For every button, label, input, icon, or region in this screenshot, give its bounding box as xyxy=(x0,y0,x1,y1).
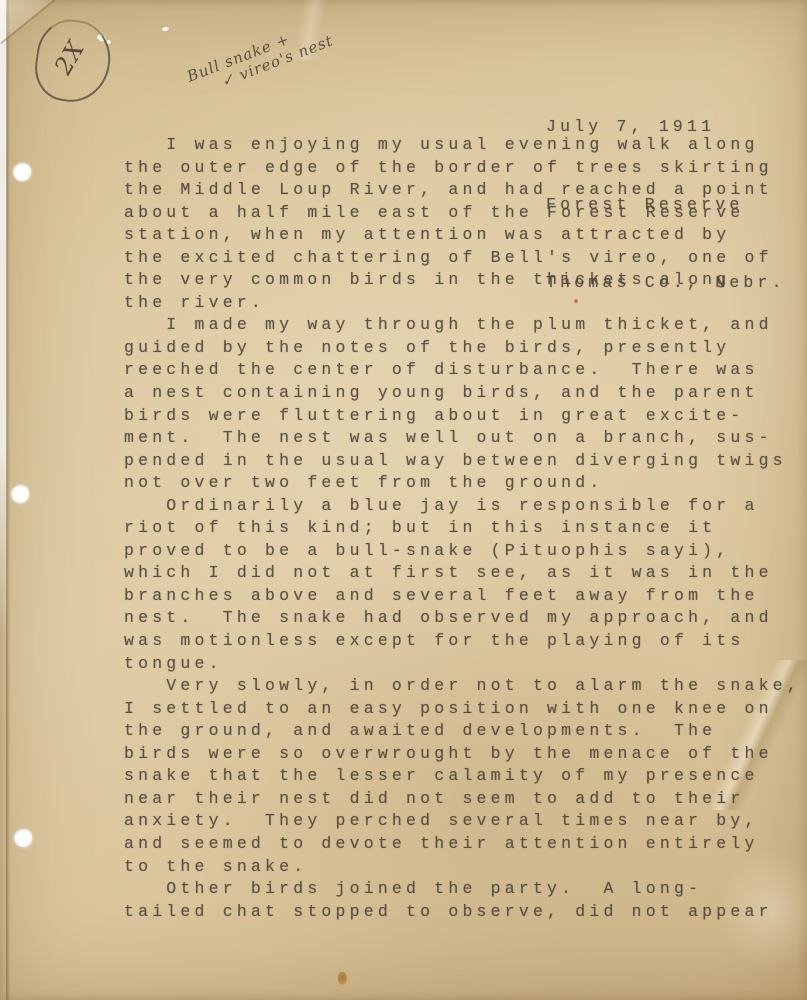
paper-left-edge xyxy=(6,0,10,1000)
punch-hole xyxy=(13,828,32,847)
letter-body: I was enjoying my usual evening walk alo… xyxy=(124,134,804,923)
typewritten-line: Ordinarily a blue jay is responsible for… xyxy=(124,495,804,518)
paper-damage-speck xyxy=(162,26,170,32)
typewritten-line: near their nest did not seem to add to t… xyxy=(124,788,804,811)
circled-mark-text: 2X xyxy=(49,36,90,80)
typewritten-line: nest. The snake had observed my approach… xyxy=(124,607,804,630)
typewritten-line: Other birds joined the party. A long- xyxy=(124,878,804,901)
typewritten-line: tongue. xyxy=(124,653,804,676)
typewritten-line: I was enjoying my usual evening walk alo… xyxy=(124,134,804,157)
typewritten-line: snake that the lesser calamity of my pre… xyxy=(124,765,804,788)
typewritten-line: the river. xyxy=(124,292,804,315)
typewritten-line: anxiety. They perched several times near… xyxy=(124,810,804,833)
typewritten-line: tailed chat stopped to observe, did not … xyxy=(124,901,804,924)
typewritten-line: riot of this kind; but in this instance … xyxy=(124,517,804,540)
typewritten-line: not over two feet from the ground. xyxy=(124,472,804,495)
typewritten-line: birds were so overwrought by the menace … xyxy=(124,743,804,766)
typewritten-line: the ground, and awaited developments. Th… xyxy=(124,720,804,743)
typewritten-line: ment. The nest was well out on a branch,… xyxy=(124,427,804,450)
typewritten-line: I made my way through the plum thicket, … xyxy=(124,314,804,337)
typewritten-line: the very common birds in the thickets al… xyxy=(124,269,804,292)
typewritten-line: the outer edge of the border of trees sk… xyxy=(124,157,804,180)
typewritten-line: a nest containing young birds, and the p… xyxy=(124,382,804,405)
typewritten-line: station, when my attention was attracted… xyxy=(124,224,804,247)
typewritten-line: the excited chattering of Bell's vireo, … xyxy=(124,247,804,270)
typewritten-line: reeched the center of disturbance. There… xyxy=(124,359,804,382)
typewritten-line: pended in the usual way between divergin… xyxy=(124,450,804,473)
typewritten-line: and seemed to devote their attention ent… xyxy=(124,833,804,856)
stain-spot xyxy=(338,972,347,985)
typewritten-line: about a half mile east of the Forest Res… xyxy=(124,202,804,225)
circled-pencil-mark: 2X xyxy=(31,15,116,107)
typewritten-line: branches above and several feet away fro… xyxy=(124,585,804,608)
typewritten-line: to the snake. xyxy=(124,856,804,879)
typewritten-line: guided by the notes of the birds, presen… xyxy=(124,337,804,360)
typewritten-line: I settled to an easy position with one k… xyxy=(124,698,804,721)
punch-hole xyxy=(10,484,29,503)
typewritten-line: the Middle Loup River, and had reached a… xyxy=(124,179,804,202)
typewritten-line: was motionless except for the playing of… xyxy=(124,630,804,653)
typewritten-line: birds were fluttering about in great exc… xyxy=(124,405,804,428)
typewritten-line: which I did not at first see, as it was … xyxy=(124,562,804,585)
typewritten-line: proved to be a bull-snake (Pituophis say… xyxy=(124,540,804,563)
scanned-page: 2X Bull snake + ✓ vireo's nest July 7, 1… xyxy=(0,0,807,1000)
punch-hole xyxy=(12,162,31,181)
typewritten-line: Very slowly, in order not to alarm the s… xyxy=(124,675,804,698)
